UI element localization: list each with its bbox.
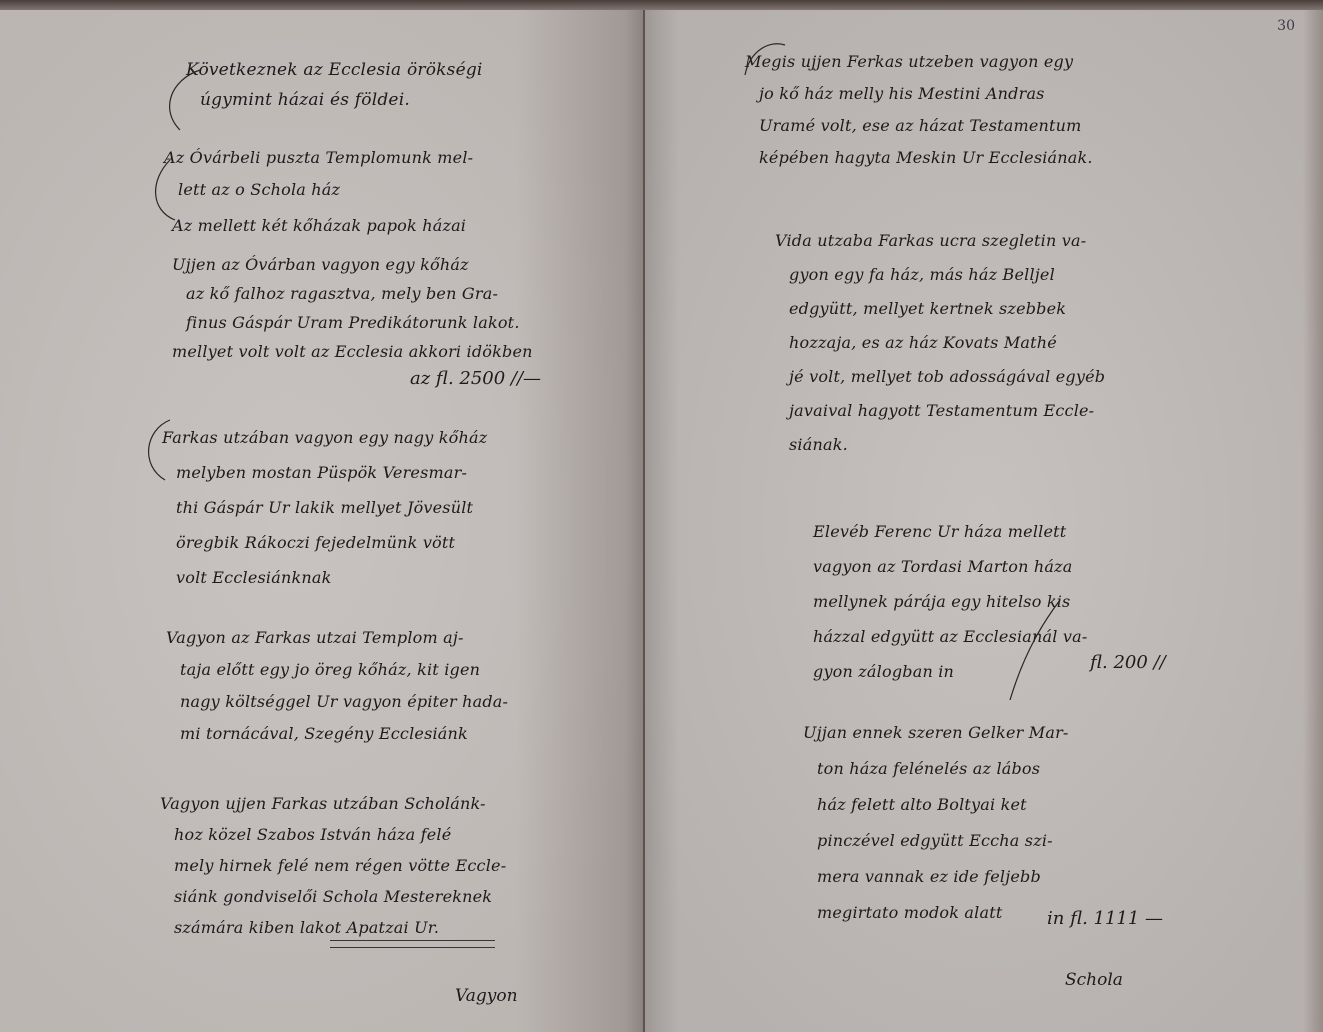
entry-line: Farkas utzában vagyon egy nagy kőház	[162, 420, 487, 455]
entry-line: megirtato modok alatt	[803, 895, 1069, 931]
signature: Schola	[1065, 970, 1123, 990]
left-entry-3: Ujjen az Óvárban vagyon egy kőház az kő …	[172, 250, 533, 366]
entry-line: Az Óvárbeli puszta Templomunk mel-	[164, 142, 473, 174]
manuscript-spread: Következnek az Ecclesia örökségi úgymint…	[0, 0, 1323, 1032]
entry-line: Ujjan ennek szeren Gelker Mar-	[803, 715, 1069, 751]
entry-line: taja előtt egy jo öreg kőház, kit igen	[166, 654, 508, 686]
entry-line: melyben mostan Püspök Veresmar-	[162, 455, 487, 490]
entry-line: gyon egy fa ház, más ház Belljel	[775, 258, 1105, 292]
entry-line: Uramé volt, ese az házat Testamentum	[745, 110, 1093, 142]
right-entry-1: Megis ujjen Ferkas utzeben vagyon egy jo…	[745, 46, 1093, 174]
entry-line: hozzaja, es az ház Kovats Mathé	[775, 326, 1105, 360]
amount-2500: az fl. 2500 //—	[410, 368, 541, 389]
entry-line: siának.	[775, 428, 1105, 462]
entry-line: Megis ujjen Ferkas utzeben vagyon egy	[745, 46, 1093, 78]
entry-line: mi tornácával, Szegény Ecclesiánk	[166, 718, 508, 750]
entry-line: mely hirnek felé nem régen vötte Eccle-	[160, 850, 506, 881]
entry-line: mellynek párája egy hitelso kis	[813, 584, 1087, 619]
left-entry-2: Az mellett két kőházak papok házai	[172, 210, 466, 242]
entry-line: vagyon az Tordasi Marton háza	[813, 549, 1087, 584]
entry-line: Vagyon ujjen Farkas utzában Scholánk-	[160, 788, 506, 819]
entry-line: javaival hagyott Testamentum Eccle-	[775, 394, 1105, 428]
entry-line: thi Gáspár Ur lakik mellyet Jövesült	[162, 490, 487, 525]
catchword: Vagyon	[455, 986, 518, 1006]
left-entry-heading: Következnek az Ecclesia örökségi úgymint…	[186, 54, 483, 116]
left-entry-1: Az Óvárbeli puszta Templomunk mel- lett …	[164, 142, 473, 206]
entry-line: Következnek az Ecclesia örökségi	[186, 54, 483, 86]
entry-line: az kő falhoz ragasztva, mely ben Gra-	[172, 279, 533, 308]
entry-line: ton háza felénelés az lábos	[803, 751, 1069, 787]
entry-line: öregbik Rákoczi fejedelmünk vött	[162, 525, 487, 560]
entry-line: házzal edgyütt az Ecclesianál va-	[813, 619, 1087, 654]
entry-line: siánk gondviselői Schola Mestereknek	[160, 881, 506, 912]
entry-line: Elevéb Ferenc Ur háza mellett	[813, 514, 1087, 549]
entry-line: pinczével edgyütt Eccha szi-	[803, 823, 1069, 859]
left-entry-6: Vagyon ujjen Farkas utzában Scholánk- ho…	[160, 788, 506, 943]
amount-200: fl. 200 //	[1090, 652, 1166, 673]
entry-line: hoz közel Szabos István háza felé	[160, 819, 506, 850]
right-entry-3: Elevéb Ferenc Ur háza mellett vagyon az …	[813, 514, 1087, 689]
entry-line: ház felett alto Boltyai ket	[803, 787, 1069, 823]
entry-line: számára kiben lakot Apatzai Ur.	[160, 912, 506, 943]
entry-line: mellyet volt volt az Ecclesia akkori idö…	[172, 337, 533, 366]
entry-line: mera vannak ez ide feljebb	[803, 859, 1069, 895]
entry-line: volt Ecclesiánknak	[162, 560, 487, 595]
entry-line: gyon zálogban in	[813, 654, 1087, 689]
entry-line: Az mellett két kőházak papok házai	[172, 210, 466, 242]
entry-line: jo kő ház melly his Mestini Andras	[745, 78, 1093, 110]
entry-line: képében hagyta Meskin Ur Ecclesiának.	[745, 142, 1093, 174]
page-number: 30	[1277, 18, 1295, 34]
entry-line: jé volt, mellyet tob adosságával egyéb	[775, 360, 1105, 394]
entry-line: Ujjen az Óvárban vagyon egy kőház	[172, 250, 533, 279]
left-entry-4: Farkas utzában vagyon egy nagy kőház mel…	[162, 420, 487, 595]
entry-line: lett az o Schola ház	[164, 174, 473, 206]
entry-line: úgymint házai és földei.	[186, 84, 483, 116]
amount-1111: in fl. 1111 —	[1047, 908, 1163, 929]
entry-line: nagy költséggel Ur vagyon épiter hada-	[166, 686, 508, 718]
right-entry-4: Ujjan ennek szeren Gelker Mar- ton háza …	[803, 715, 1069, 931]
entry-line: edgyütt, mellyet kertnek szebbek	[775, 292, 1105, 326]
right-entry-2: Vida utzaba Farkas ucra szegletin va- gy…	[775, 224, 1105, 462]
left-page: Következnek az Ecclesia örökségi úgymint…	[0, 10, 645, 1032]
right-page: 30 Megis ujjen Ferkas utzeben vagyon egy…	[645, 10, 1323, 1032]
entry-line: Vida utzaba Farkas ucra szegletin va-	[775, 224, 1105, 258]
entry-line: finus Gáspár Uram Predikátorunk lakot.	[172, 308, 533, 337]
double-underline	[330, 940, 495, 948]
entry-line: Vagyon az Farkas utzai Templom aj-	[166, 622, 508, 654]
left-entry-5: Vagyon az Farkas utzai Templom aj- taja …	[166, 622, 508, 750]
